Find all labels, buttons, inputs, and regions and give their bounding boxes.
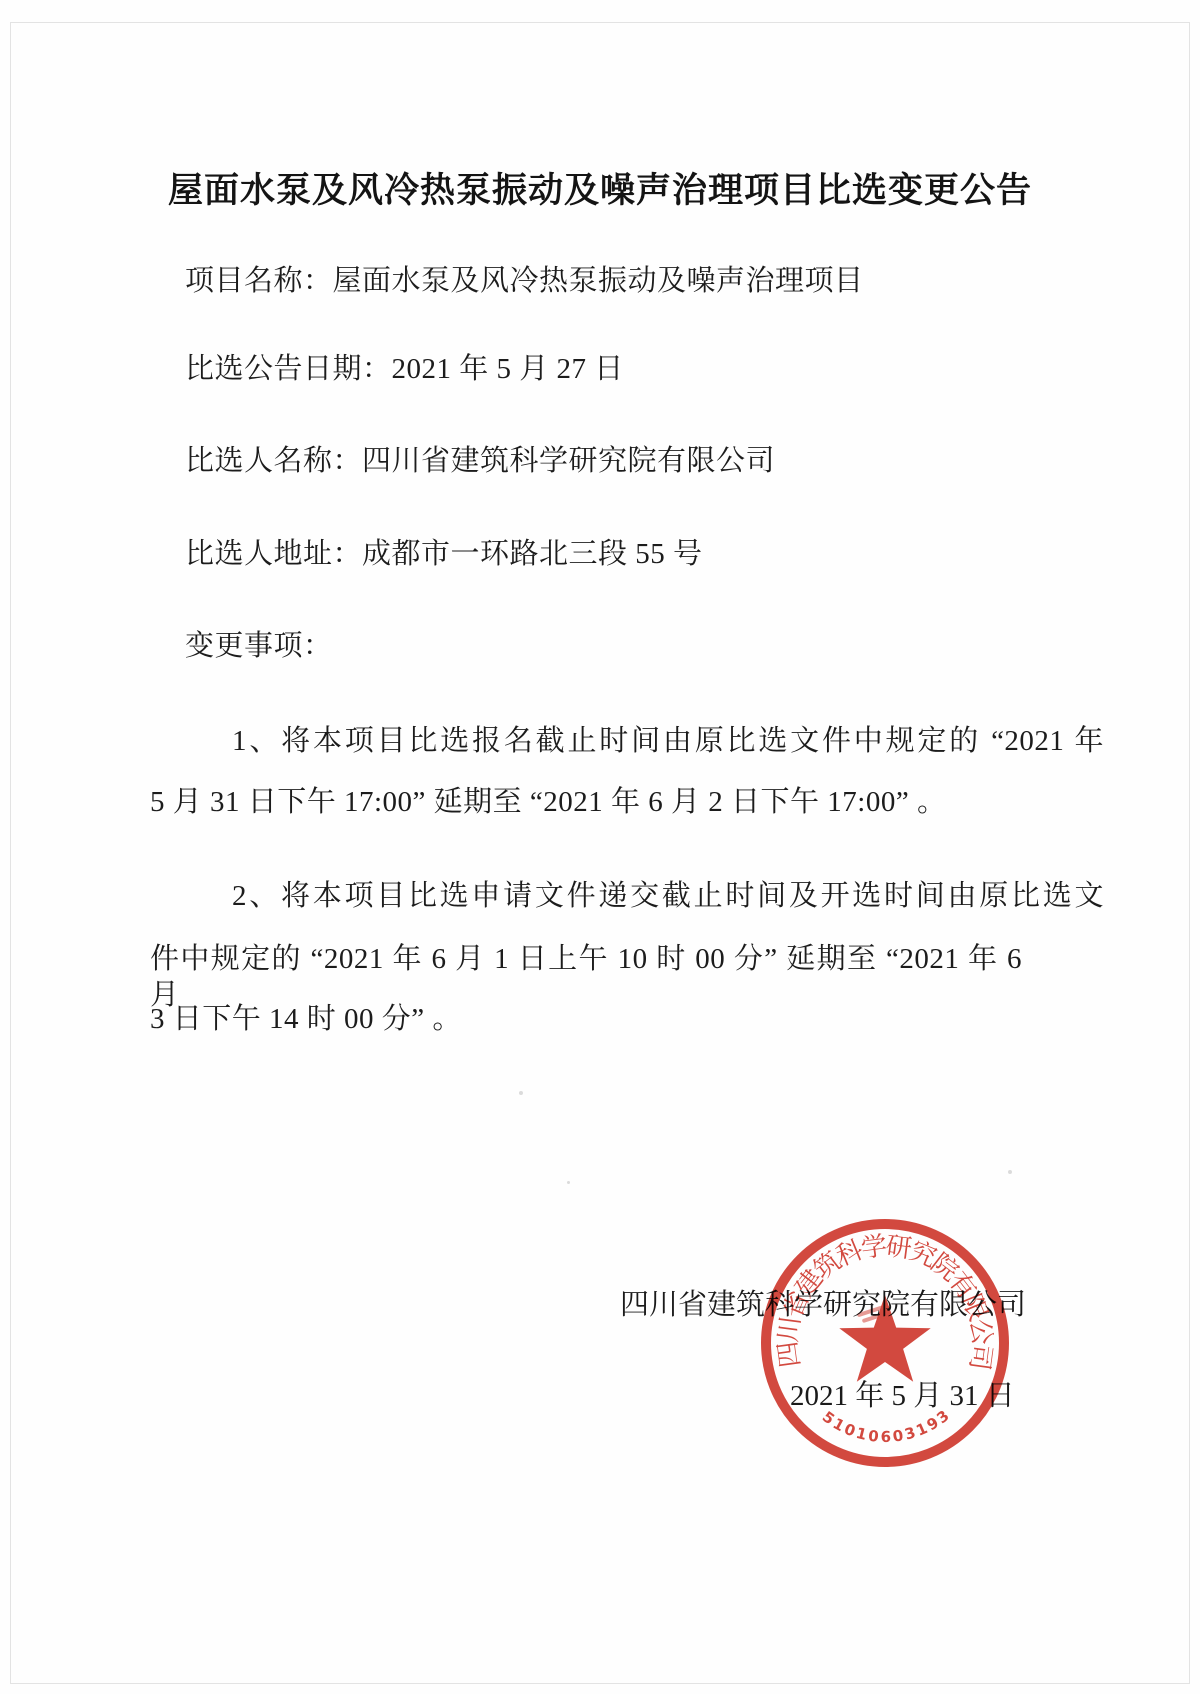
scan-speck [1008,1170,1012,1174]
scan-speck [519,1091,523,1095]
field-selector-address: 比选人地址：成都市一环路北三段 55 号 [150,536,1057,572]
change-item-1-line-2: 5 月 31 日下午 17:00” 延期至 “2021 年 6 月 2 日下午 … [150,784,1022,820]
change-item-1-line-1: 1、将本项目比选报名截止时间由原比选文件中规定的 “2021 年 [150,723,1104,759]
change-item-2-line-1: 2、将本项目比选申请文件递交截止时间及开选时间由原比选文 [150,878,1104,914]
scan-speck [567,1181,570,1184]
company-seal-stamp: 四川省建筑科学研究院有限公司 5101060319341 [748,1206,1022,1480]
field-selector-name: 比选人名称：四川省建筑科学研究院有限公司 [150,443,1057,479]
document-title: 屋面水泵及风冷热泵振动及噪声治理项目比选变更公告 [0,163,1200,213]
field-project-name: 项目名称：屋面水泵及风冷热泵振动及噪声治理项目 [150,263,1057,299]
change-item-2-line-3: 3 日下午 14 时 00 分” 。 [150,1001,1022,1037]
field-announce-date: 比选公告日期：2021 年 5 月 27 日 [150,351,1057,387]
document-page: 屋面水泵及风冷热泵振动及噪声治理项目比选变更公告 项目名称：屋面水泵及风冷热泵振… [0,0,1200,1694]
changes-heading: 变更事项： [150,628,1057,664]
